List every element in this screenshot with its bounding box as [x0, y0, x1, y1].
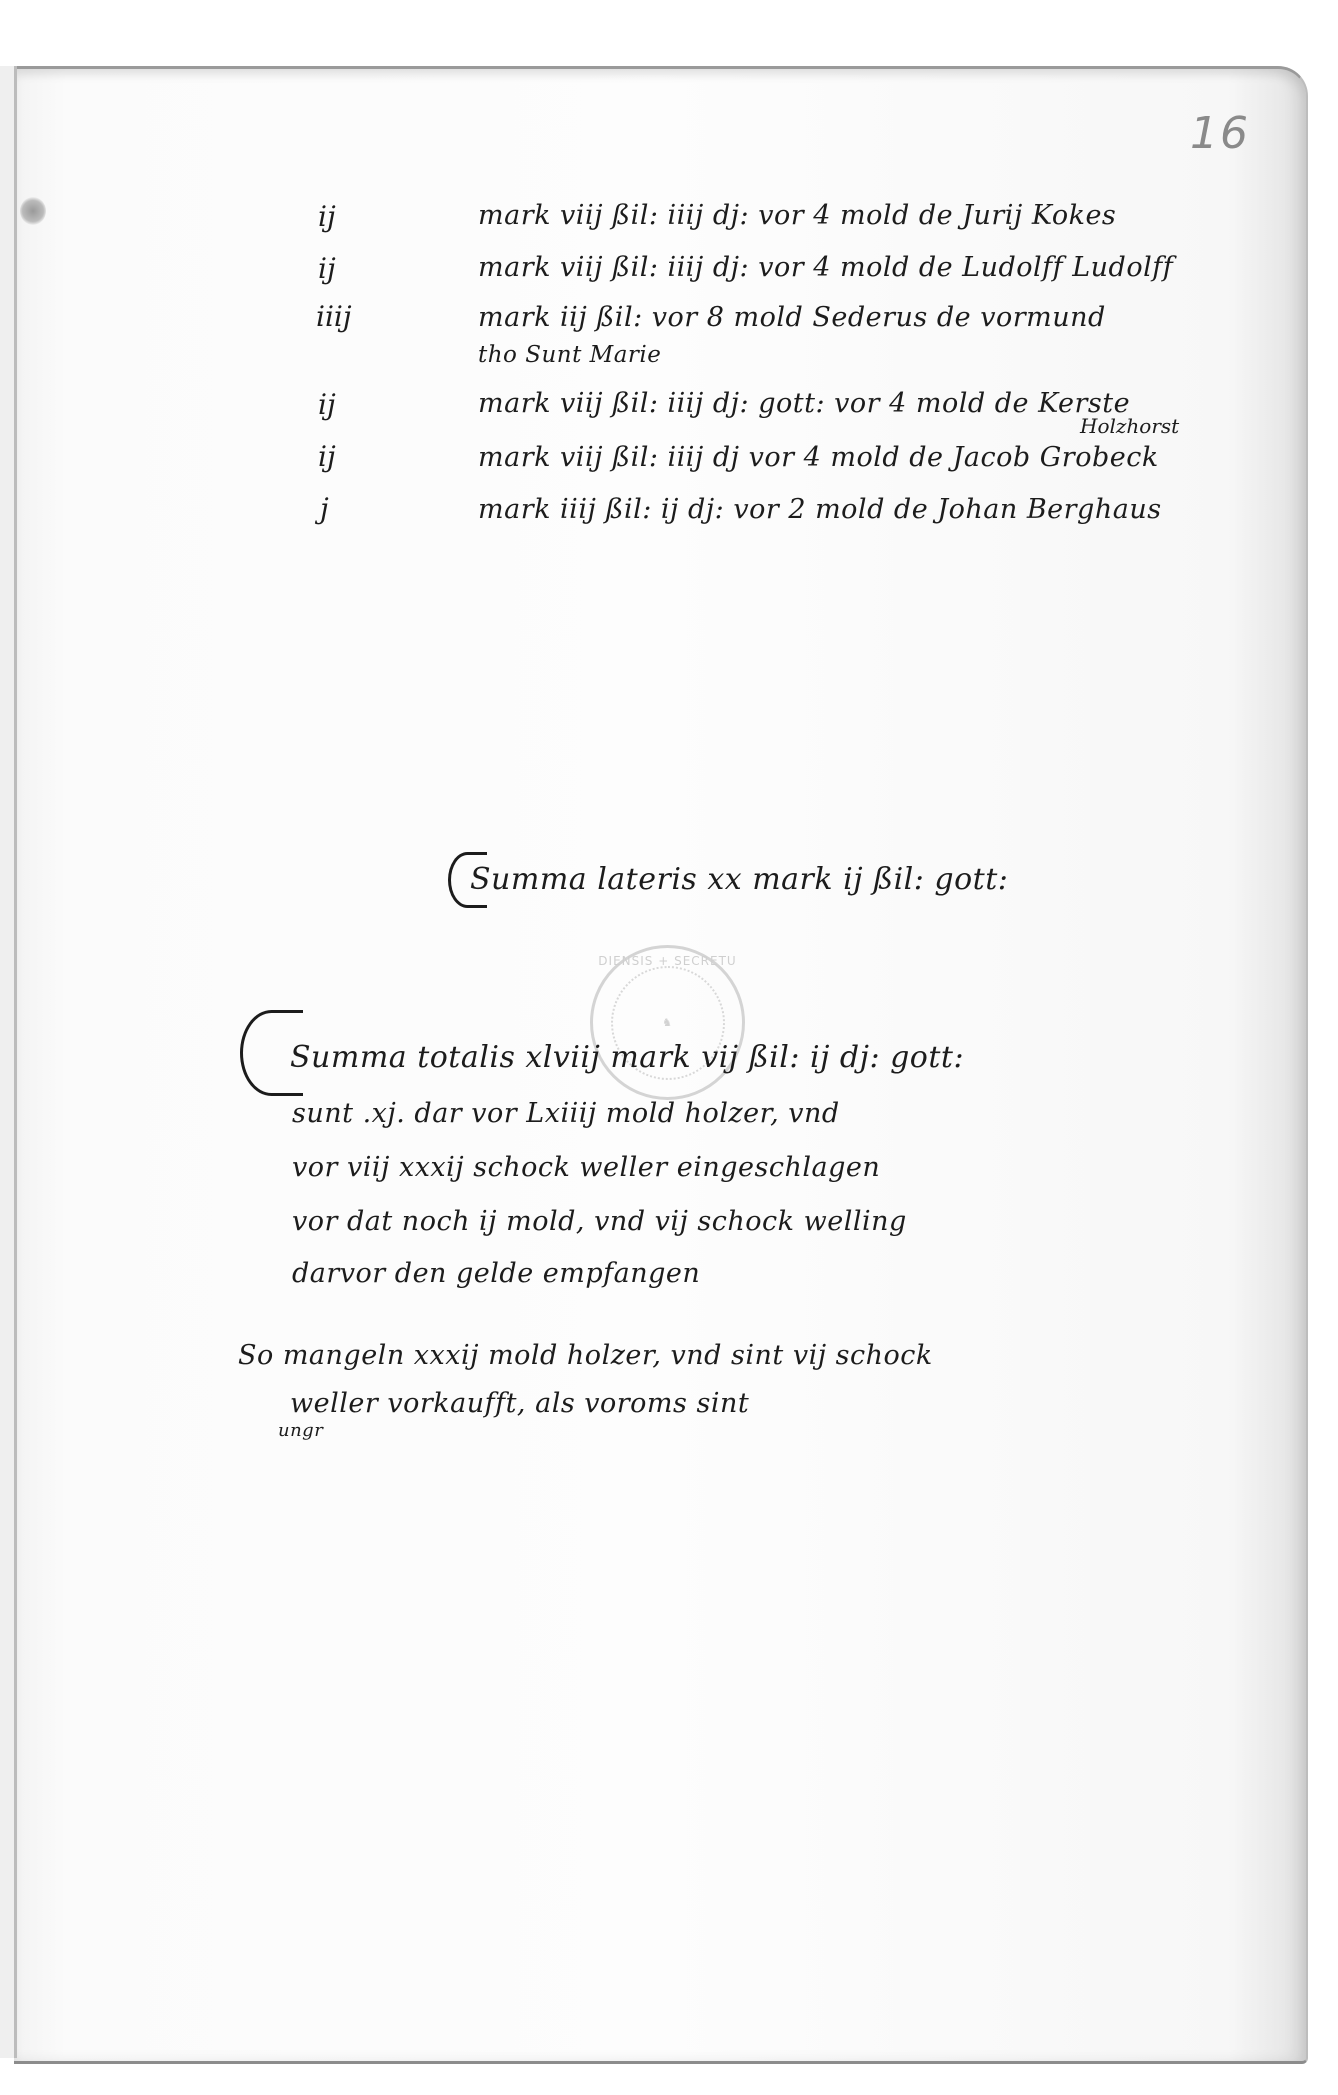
ledger-entry-text: mark viij ßil: iiij dj: vor 4 mold de Ju…	[478, 200, 1116, 231]
archive-seal-stamp: DIENSIS + SECRETU ♞	[590, 945, 745, 1100]
closing-note-line: So mangeln xxxij mold holzer, vnd sint v…	[238, 1340, 933, 1371]
superscript-insertion: Holzhorst	[1080, 414, 1179, 438]
ledger-entry-text: mark viij ßil: iiij dj: gott: vor 4 mold…	[478, 388, 1130, 419]
folio-number: 16	[1190, 108, 1250, 159]
closing-note-line: weller vorkaufft, als voroms sint	[290, 1388, 749, 1419]
summa-totalis-line: darvor den gelde empfangen	[292, 1258, 700, 1289]
ledger-entry-text: mark viij ßil: iiij dj: vor 4 mold de Lu…	[478, 252, 1173, 283]
summa-lateris: Summa lateris xx mark ij ßil: gott:	[470, 862, 1008, 897]
margin-amount: j	[320, 492, 329, 525]
closing-note-annotation: ungr	[278, 1420, 323, 1441]
ledger-entry-text: mark iiij ßil: ij dj: vor 2 mold de Joha…	[478, 494, 1162, 525]
ledger-entry-text: mark iij ßil: vor 8 mold Sederus de vorm…	[478, 302, 1106, 333]
margin-amount: ij	[318, 200, 336, 233]
ledger-entry-continuation: tho Sunt Marie	[478, 342, 661, 368]
margin-amount: ij	[318, 252, 336, 285]
margin-amount: ij	[318, 388, 336, 421]
ledger-entry-text: mark viij ßil: iiij dj vor 4 mold de Jac…	[478, 442, 1159, 473]
binding-line	[14, 66, 17, 2058]
summa-totalis-line: Summa totalis xlviij mark vij ßil: ij dj…	[290, 1040, 964, 1075]
margin-amount: ij	[318, 440, 336, 473]
summa-totalis-line: vor viij xxxij schock weller eingeschlag…	[292, 1152, 880, 1183]
summa-totalis-line: sunt .xj. dar vor Lxiiij mold holzer, vn…	[292, 1098, 840, 1129]
ink-blot	[20, 197, 46, 225]
facing-page-edge	[0, 66, 14, 2058]
summa-totalis-line: vor dat noch ij mold, vnd vij schock wel…	[292, 1206, 907, 1237]
seal-inscription: DIENSIS + SECRETU	[593, 954, 742, 968]
margin-amount: iiij	[316, 300, 352, 333]
